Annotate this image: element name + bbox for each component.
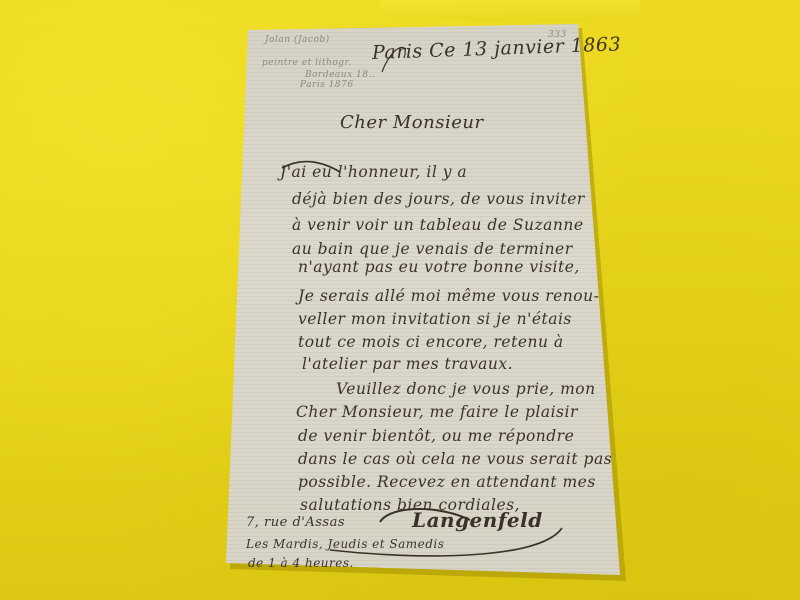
body-line: à venir voir un tableau de Suzanne <box>292 216 584 234</box>
archival-name-note: Jolan (Jacob) <box>265 35 330 45</box>
visiting-hours-line2: de 1 à 4 heures. <box>248 556 354 570</box>
archival-note-line2: Bordeaux 18.. <box>305 70 375 80</box>
body-line: déjà bien des jours, de vous inviter <box>292 190 585 208</box>
archival-note-line1: peintre et lithogr. <box>262 58 352 68</box>
body-line: possible. Recevez en attendant mes <box>298 473 596 491</box>
signature: Langenfeld <box>412 508 543 532</box>
body-line: n'ayant pas eu votre bonne visite, <box>298 258 580 276</box>
body-line: dans le cas où cela ne vous serait pas <box>298 450 612 468</box>
body-line: Je serais allé moi même vous renou- <box>298 287 599 305</box>
body-line: tout ce mois ci encore, retenu à <box>298 333 564 351</box>
body-line: de venir bientôt, ou me répondre <box>298 427 574 445</box>
body-line: au bain que je venais de terminer <box>292 240 573 258</box>
body-line: l'atelier par mes travaux. <box>302 355 513 373</box>
body-line: veller mon invitation si je n'étais <box>298 310 572 328</box>
body-line: Veuillez donc je vous prie, mon <box>336 380 596 398</box>
visiting-hours-line1: Les Mardis, Jeudis et Samedis <box>246 537 444 551</box>
letter-salutation: Cher Monsieur <box>340 112 484 133</box>
body-line: J'ai eu l'honneur, il y a <box>280 163 467 181</box>
sender-address: 7, rue d'Assas <box>246 515 345 530</box>
body-line: Cher Monsieur, me faire le plaisir <box>296 403 578 421</box>
archival-note-line3: Paris 1876 <box>300 80 354 90</box>
